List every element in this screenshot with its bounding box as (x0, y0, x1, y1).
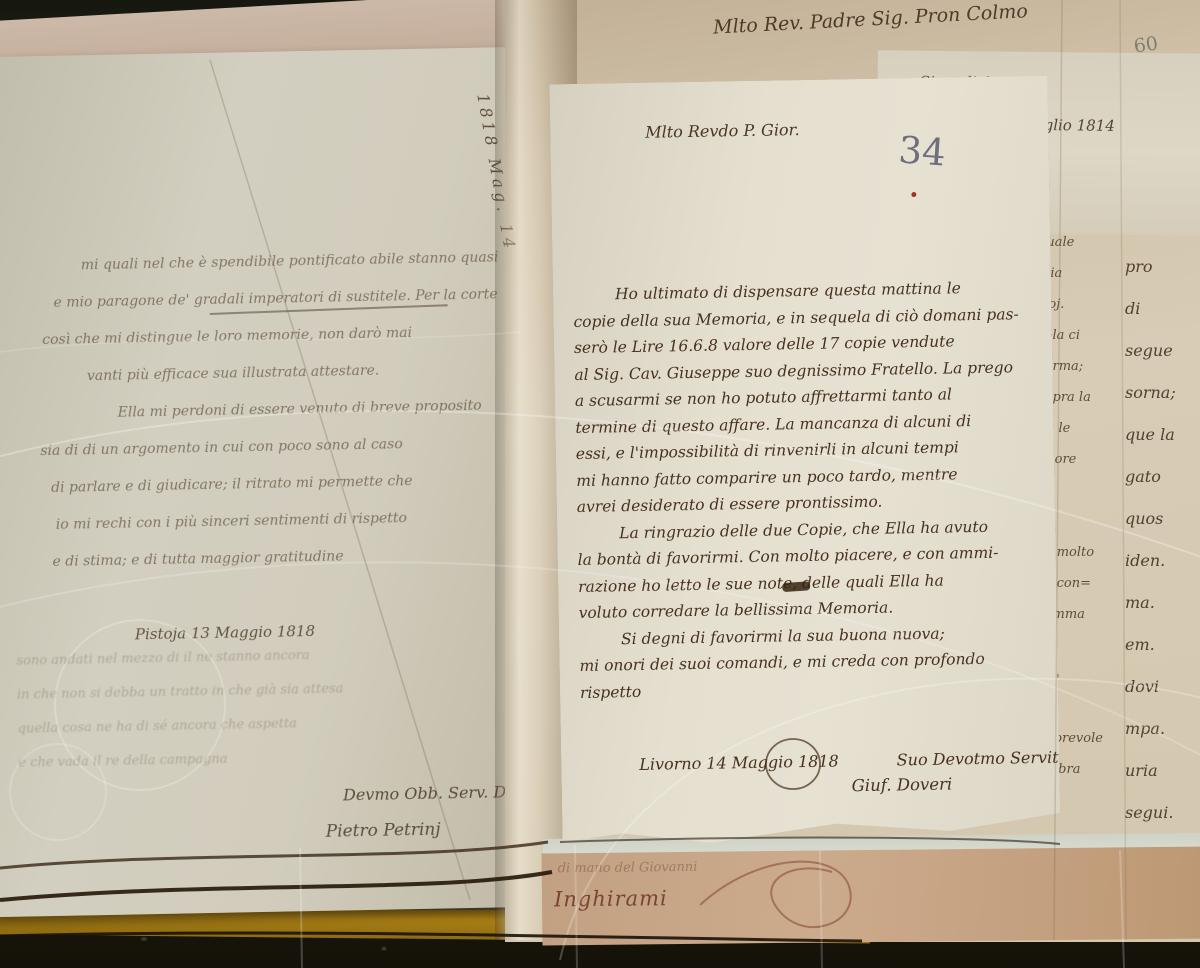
letter-closing: Livorno 14 Maggio 1818 Suo Devotmo Servi… (639, 748, 1050, 799)
inghirami-signature: Inghirami (554, 886, 668, 911)
text-fragment: sorna; (1125, 372, 1200, 414)
text-fragment: uria (1125, 750, 1200, 792)
letter-body: Ho ultimato di dispensare questa mattina… (573, 274, 1038, 706)
text-fragment: em. (1125, 624, 1200, 666)
faded-note-line: di mano del Giovanni (558, 860, 698, 876)
letter-paragraph: Si degni di favorirmi la sua buona nuova… (579, 618, 1038, 705)
red-ink-dot (911, 192, 916, 197)
bleed-through-text: sono andati nel mezzo di il ne stanno an… (16, 636, 489, 781)
text-fragment: que la (1125, 414, 1200, 456)
mounted-letter-doveri: Mlto Revdo P. Gior. 34 Ho ultimato di di… (549, 76, 1060, 849)
text-fragment: la (1038, 196, 1124, 227)
text-fragment: di (1125, 288, 1200, 330)
left-letter-line: Ella mi perdoni di essere venuto di brev… (117, 387, 504, 431)
text-fragment: gato (1125, 456, 1200, 498)
underlying-letter-fragments-outer: prodiseguesorna;que lagatoquosiden.ma.em… (1125, 246, 1200, 918)
text-fragment: segue (1125, 330, 1200, 372)
text-fragment: quale (1038, 227, 1124, 258)
text-fragment: ma. (1125, 582, 1200, 624)
text-fragment: pro (1125, 246, 1200, 288)
letter-paragraph: Ho ultimato di dispensare questa mattina… (573, 274, 1035, 520)
text-fragment: iden. (1125, 540, 1200, 582)
letter-signature: Giuf. Doveri (851, 773, 1049, 795)
letter-paragraph: La ringrazio delle due Copie, che Ella h… (577, 512, 1037, 626)
text-fragment: quos (1125, 498, 1200, 540)
text-fragment: dovi (1125, 666, 1200, 708)
manuscript-album-photo: mi quali nel che è spendibile pontificat… (0, 0, 1200, 968)
address-header-line: Mlto Rev. Padre Sig. Pron Colmo (713, 0, 1044, 39)
left-manuscript-page: mi quali nel che è spendibile pontificat… (0, 47, 538, 917)
bottom-tan-paper: di mano del Giovanni Inghirami (542, 847, 1200, 946)
closing-place-date: Livorno 14 Maggio 1818 (639, 751, 839, 773)
crossed-out-word (782, 581, 811, 592)
text-fragment: segui. (1125, 792, 1200, 834)
closing-valediction: Suo Devotmo Servitor (897, 747, 1077, 769)
left-letter-text: mi quali nel che è spendibile pontificat… (22, 239, 508, 655)
text-fragment: mpa. (1125, 708, 1200, 750)
letter-salutation: Mlto Revdo P. Gior. (645, 120, 800, 142)
pencil-page-number: 34 (897, 128, 947, 174)
